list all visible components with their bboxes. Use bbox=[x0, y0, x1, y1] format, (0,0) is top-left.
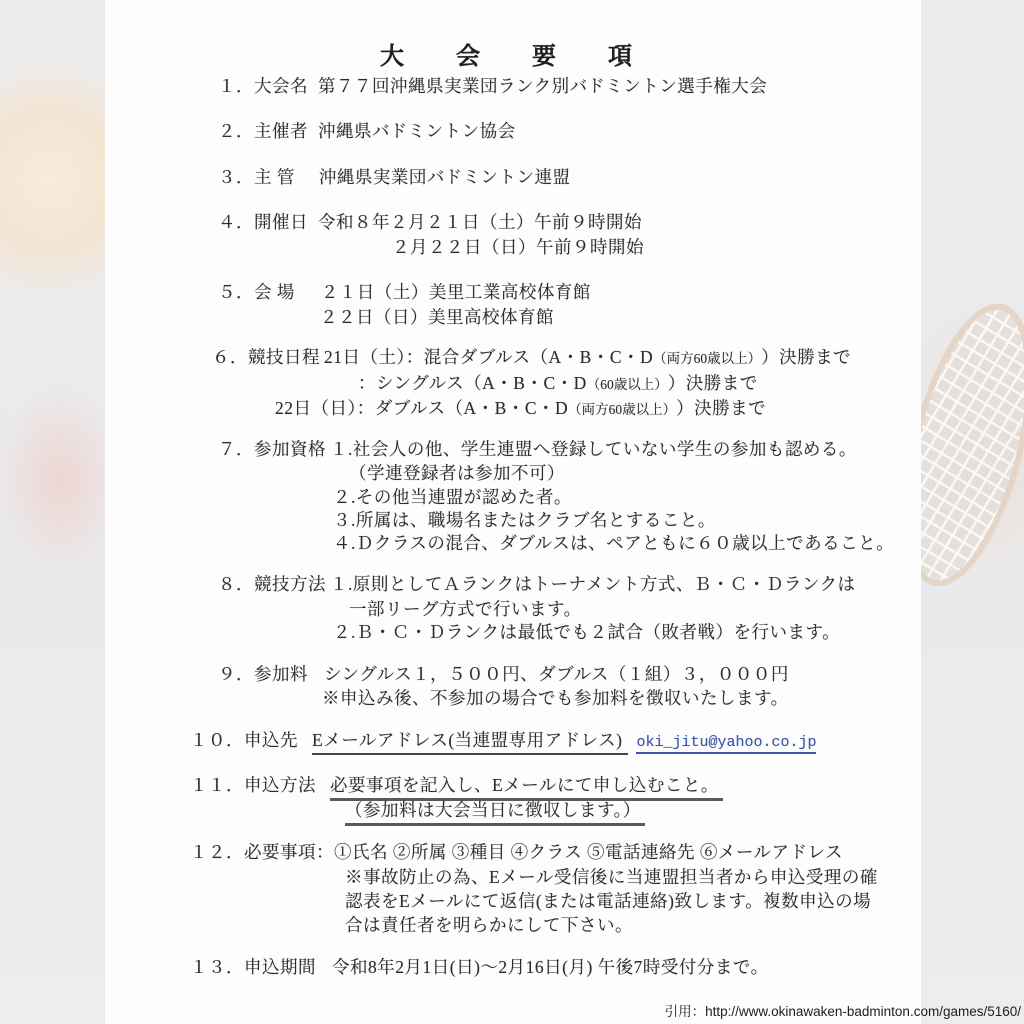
item-6-text-2-note: （60歳以上） bbox=[587, 377, 668, 392]
item-5-label: 会 場 bbox=[254, 282, 295, 304]
item-7-number: ７． bbox=[218, 439, 254, 461]
item-7-text-2: （学連登録者は参加不可） bbox=[349, 463, 565, 485]
item-9-text-2: ※申込み後、不参加の場合でも参加料を徴収いたします。 bbox=[322, 688, 789, 710]
item-6-line-2: ：シングルス（A・B・C・D（60歳以上））決勝まで bbox=[358, 373, 758, 395]
item-1-label: 大会名 bbox=[254, 76, 308, 98]
item-5-line-2: ２２日（日）美里高校体育館 bbox=[320, 307, 554, 329]
item-11-label: 申込方法 bbox=[244, 775, 316, 797]
item-2-text: 沖縄県バドミントン協会 bbox=[318, 121, 516, 143]
item-12-line-3: 認表をEメールにて返信(または電話連絡)致します。複数申込の場 bbox=[345, 891, 871, 913]
item-12-number: １２． bbox=[190, 842, 244, 864]
item-7-line-4: ３.所属は、職場名またはクラブ名とすること。 bbox=[333, 510, 716, 532]
item-6-text-1: 21日（土）：混合ダブルス（A・B・C・D bbox=[324, 347, 653, 369]
item-6-text-2: ：シングルス（A・B・C・D bbox=[358, 373, 587, 395]
item-7-line-2: （学連登録者は参加不可） bbox=[349, 463, 565, 485]
item-10-address-label: Eメールアドレス(当連盟専用アドレス) bbox=[312, 730, 628, 755]
item-12-text-4: 合は責任者を明らかにして下さい。 bbox=[345, 915, 633, 937]
item-12-text-2: ※事故防止の為、Eメール受信後に当連盟担当者から申込受理の確 bbox=[345, 867, 878, 889]
item-13-label: 申込期間 bbox=[244, 957, 316, 979]
item-7-line-5: ４.Ｄクラスの混合、ダブルスは、ペアともに６０歳以上であること。 bbox=[333, 533, 894, 555]
item-7-label: 参加資格 bbox=[254, 439, 326, 461]
item-11-number: １１． bbox=[190, 775, 244, 797]
item-6-line-3: 22日（日）：ダブルス（A・B・C・D（両方60歳以上））決勝まで bbox=[275, 398, 766, 420]
item-9-number: ９． bbox=[218, 664, 254, 686]
item-8-label: 競技方法 bbox=[254, 574, 326, 596]
item-11-line-2: （参加料は大会当日に徴収します。） bbox=[345, 800, 645, 826]
item-8-text-3: ２.Ｂ・Ｃ・Ｄランクは最低でも２試合（敗者戦）を行います。 bbox=[333, 622, 840, 644]
item-1-text: 第７７回沖縄県実業団ランク別バドミントン選手権大会 bbox=[318, 76, 767, 98]
item-7-text-5: ４.Ｄクラスの混合、ダブルスは、ペアともに６０歳以上であること。 bbox=[333, 533, 894, 555]
item-6-text-1-note: （両方60歳以上） bbox=[653, 351, 761, 366]
page-title: 大 会 要 項 bbox=[380, 36, 646, 71]
item-6-text-3: 22日（日）：ダブルス（A・B・C・D bbox=[275, 398, 568, 420]
item-2-number: ２． bbox=[218, 121, 254, 143]
citation: 引用：http://www.okinawaken-badminton.com/g… bbox=[665, 1000, 1021, 1020]
item-7-text-1: １.社会人の他、学生連盟へ登録していない学生の参加も認める。 bbox=[330, 439, 857, 461]
item-7-line-3: ２.その他当連盟が認めた者。 bbox=[333, 487, 572, 509]
item-11-text-1: 必要事項を記入し、Eメールにて申し込むこと。 bbox=[330, 775, 723, 801]
item-8: ８．競技方法１.原則としてＡランクはトーナメント方式、Ｂ・Ｃ・Ｄランクは bbox=[218, 574, 855, 596]
item-10-number: １０． bbox=[190, 730, 244, 752]
item-11-text-2: （参加料は大会当日に徴収します。） bbox=[345, 800, 645, 826]
item-8-line-3: ２.Ｂ・Ｃ・Ｄランクは最低でも２試合（敗者戦）を行います。 bbox=[333, 622, 840, 644]
item-10-label: 申込先 bbox=[244, 730, 298, 752]
item-5: ５．会 場２１日（土）美里工業高校体育館 bbox=[218, 282, 591, 304]
item-7: ７．参加資格１.社会人の他、学生連盟へ登録していない学生の参加も認める。 bbox=[218, 439, 857, 461]
item-3-label: 主 管 bbox=[254, 167, 295, 189]
item-10: １０．申込先Eメールアドレス(当連盟専用アドレス)oki_jitu@yahoo.… bbox=[190, 730, 816, 755]
item-3: ３．主 管沖縄県実業団バドミントン連盟 bbox=[218, 167, 571, 189]
item-6-label: 競技日程 bbox=[248, 347, 320, 369]
item-8-line-2: 一部リーグ方式で行います。 bbox=[349, 599, 582, 621]
item-4-line-2: ２月２２日（日）午前９時開始 bbox=[392, 237, 644, 259]
item-7-text-3: ２.その他当連盟が認めた者。 bbox=[333, 487, 572, 509]
item-9-line-2: ※申込み後、不参加の場合でも参加料を徴収いたします。 bbox=[322, 688, 789, 710]
item-5-number: ５． bbox=[218, 282, 254, 304]
document-page: 大 会 要 項 １．大会名第７７回沖縄県実業団ランク別バドミントン選手権大会 ２… bbox=[105, 0, 921, 1024]
item-6: ６．競技日程21日（土）：混合ダブルス（A・B・C・D（両方60歳以上））決勝ま… bbox=[212, 347, 851, 369]
citation-label: 引用： bbox=[665, 1004, 706, 1019]
item-2-label: 主催者 bbox=[254, 121, 308, 143]
item-1: １．大会名第７７回沖縄県実業団ランク別バドミントン選手権大会 bbox=[218, 76, 767, 98]
item-12-line-2: ※事故防止の為、Eメール受信後に当連盟担当者から申込受理の確 bbox=[345, 867, 878, 889]
item-4-text-2: ２月２２日（日）午前９時開始 bbox=[392, 237, 644, 259]
item-4-number: ４． bbox=[218, 212, 254, 234]
item-6-text-3-note: （両方60歳以上） bbox=[568, 402, 676, 417]
item-4: ４．開催日令和８年２月２１日（土）午前９時開始 bbox=[218, 212, 642, 234]
item-12-label: 必要事項： bbox=[244, 842, 334, 864]
item-8-text-2: 一部リーグ方式で行います。 bbox=[349, 599, 582, 621]
item-7-text-4: ３.所属は、職場名またはクラブ名とすること。 bbox=[333, 510, 716, 532]
item-5-text-1: ２１日（土）美里工業高校体育館 bbox=[321, 282, 591, 304]
item-13-number: １３． bbox=[190, 957, 244, 979]
item-12-text-1: ①氏名 ②所属 ③種目 ④クラス ⑤電話連絡先 ⑥メールアドレス bbox=[334, 842, 843, 864]
citation-url: http://www.okinawaken-badminton.com/game… bbox=[705, 1004, 1021, 1019]
item-9-label: 参加料 bbox=[254, 664, 308, 686]
item-1-number: １． bbox=[218, 76, 254, 98]
item-2: ２．主催者沖縄県バドミントン協会 bbox=[218, 121, 516, 143]
item-3-text: 沖縄県実業団バドミントン連盟 bbox=[319, 167, 571, 189]
item-9: ９．参加料シングルス１，５００円、ダブルス（１組）３，０００円 bbox=[218, 664, 789, 686]
item-4-label: 開催日 bbox=[254, 212, 308, 234]
item-6-text-1-end: ）決勝まで bbox=[761, 347, 851, 369]
item-9-text-1: シングルス１，５００円、ダブルス（１組）３，０００円 bbox=[324, 664, 789, 686]
item-12-text-3: 認表をEメールにて返信(または電話連絡)致します。複数申込の場 bbox=[345, 891, 871, 913]
item-12: １２．必要事項：①氏名 ②所属 ③種目 ④クラス ⑤電話連絡先 ⑥メールアドレス bbox=[190, 842, 843, 864]
item-6-text-2-end: ）決勝まで bbox=[668, 373, 758, 395]
item-13-text: 令和8年2月1日(日)～2月16日(月) 午後7時受付分まで。 bbox=[332, 957, 769, 979]
item-12-line-4: 合は責任者を明らかにして下さい。 bbox=[345, 915, 633, 937]
item-8-text-1: １.原則としてＡランクはトーナメント方式、Ｂ・Ｃ・Ｄランクは bbox=[330, 574, 855, 596]
item-11: １１．申込方法必要事項を記入し、Eメールにて申し込むこと。 bbox=[190, 775, 723, 801]
item-6-text-3-end: ）決勝まで bbox=[676, 398, 766, 420]
item-8-number: ８． bbox=[218, 574, 254, 596]
item-5-text-2: ２２日（日）美里高校体育館 bbox=[320, 307, 554, 329]
item-13: １３．申込期間令和8年2月1日(日)～2月16日(月) 午後7時受付分まで。 bbox=[190, 957, 769, 979]
item-3-number: ３． bbox=[218, 167, 254, 189]
email-link[interactable]: oki_jitu@yahoo.co.jp bbox=[636, 734, 816, 754]
item-6-number: ６． bbox=[212, 347, 248, 369]
item-4-text-1: 令和８年２月２１日（土）午前９時開始 bbox=[318, 212, 642, 234]
